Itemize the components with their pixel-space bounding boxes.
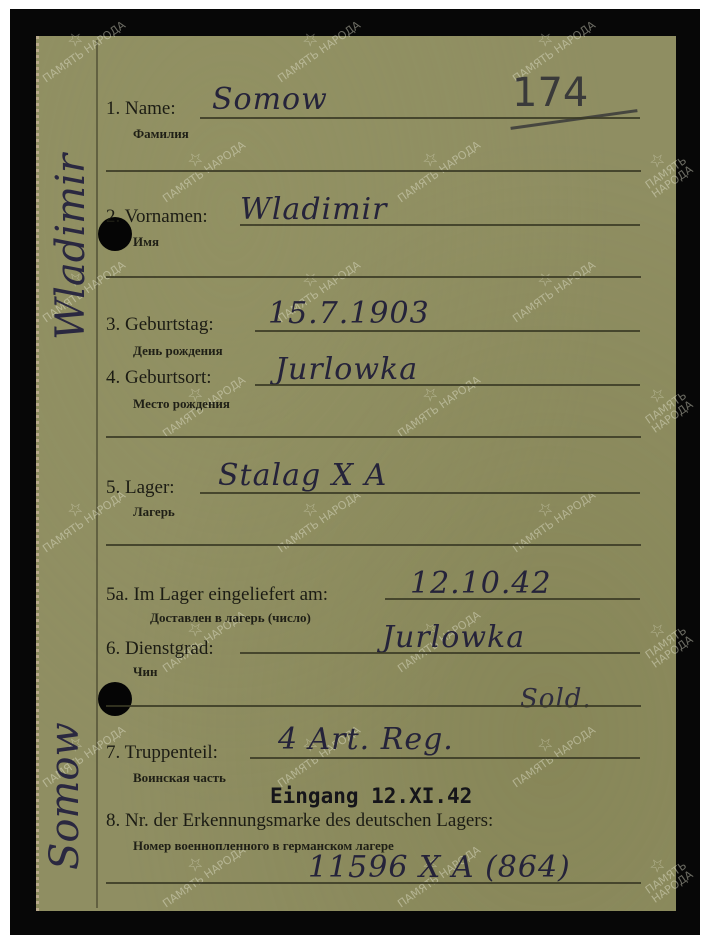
field-line — [240, 224, 640, 226]
field-7-label: 7. Truppenteil: — [106, 742, 218, 764]
field-6-value: Jurlowka — [382, 620, 525, 655]
field-line — [255, 384, 640, 386]
field-5-label: 5. Lager: — [106, 477, 175, 499]
field-1-label: 1. Name: — [106, 98, 176, 120]
field-line — [255, 330, 640, 332]
field-1-value: Somow — [212, 82, 328, 117]
field-1-label-ru: Фамилия — [133, 126, 189, 142]
field-6-rank: Sold. — [520, 684, 592, 714]
corner-number: 174 — [512, 70, 588, 116]
side-note-surname: Somow — [42, 722, 88, 870]
field-line — [385, 598, 640, 600]
field-5-label-ru: Лагерь — [133, 504, 175, 520]
field-7-label-ru: Воинская часть — [133, 770, 226, 786]
field-line — [240, 652, 640, 654]
field-5a-value: 12.10.42 — [410, 566, 552, 601]
field-4-label-ru: Место рождения — [133, 396, 230, 412]
field-6-label: 6. Dienstgrad: — [106, 638, 214, 660]
field-line — [106, 276, 641, 278]
field-4-label: 4. Geburtsort: — [106, 367, 212, 389]
field-2-value: Wladimir — [240, 192, 388, 227]
field-line — [106, 544, 641, 546]
field-6-label-ru: Чин — [133, 664, 158, 680]
field-line — [200, 492, 640, 494]
punch-hole — [98, 682, 132, 716]
field-5a-label-ru: Доставлен в лагерь (число) — [150, 610, 311, 626]
field-line — [106, 170, 641, 172]
field-line — [106, 436, 641, 438]
field-7-value: 4 Art. Reg. — [278, 722, 454, 757]
field-line — [200, 117, 640, 119]
field-3-value: 15.7.1903 — [268, 296, 430, 331]
field-8-value: 11596 X A (864) — [308, 850, 571, 885]
side-note-first-name: Wladimir — [48, 154, 94, 340]
field-5-value: Stalag X A — [218, 458, 387, 493]
receipt-stamp: Eingang 12.XI.42 — [270, 784, 472, 808]
field-2-label: 2. Vornamen: — [106, 206, 208, 228]
margin-line — [96, 40, 98, 908]
field-line — [106, 705, 641, 707]
field-2-label-ru: Имя — [133, 234, 159, 250]
field-4-value: Jurlowka — [275, 352, 418, 387]
field-5a-label: 5a. Im Lager eingeliefert am: — [106, 584, 328, 606]
field-line — [106, 882, 641, 884]
field-line — [250, 757, 640, 759]
field-3-label: 3. Geburtstag: — [106, 314, 214, 336]
field-3-label-ru: День рождения — [133, 343, 223, 359]
field-8-label: 8. Nr. der Erkennungsmarke des deutschen… — [106, 810, 493, 832]
